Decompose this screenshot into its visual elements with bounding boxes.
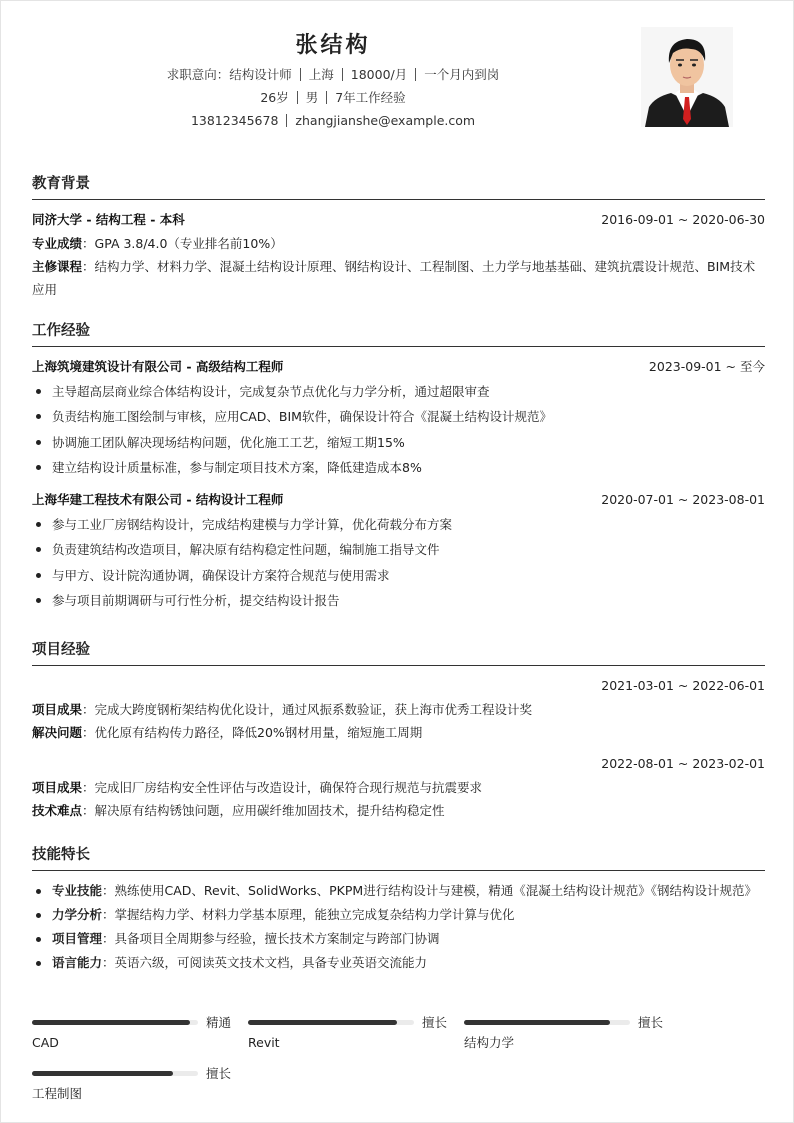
skill-bar-track xyxy=(464,1020,630,1025)
experience-years: 7年工作经验 xyxy=(335,90,405,105)
job-header: 上海华建工程技术有限公司 - 结构设计工程师 2020-07-01 ~ 2023… xyxy=(32,488,765,512)
project-line-value: ：完成大跨度钢桁架结构优化设计，通过风振系数验证，获上海市优秀工程设计奖 xyxy=(82,702,532,717)
availability: 一个月内到岗 xyxy=(424,67,499,82)
job-header: 上海筑境建筑设计有限公司 - 高级结构工程师 2023-09-01 ~ 至今 xyxy=(32,355,765,379)
school-major-degree: 同济大学 - 结构工程 - 本科 xyxy=(32,208,185,232)
education-entry-header: 同济大学 - 结构工程 - 本科 2016-09-01 ~ 2020-06-30 xyxy=(32,208,765,232)
job-entry: 上海筑境建筑设计有限公司 - 高级结构工程师 2023-09-01 ~ 至今 主… xyxy=(32,355,765,480)
company-position: 上海筑境建筑设计有限公司 - 高级结构工程师 xyxy=(32,355,283,379)
duty-item: 负责建筑结构改造项目，解决原有结构稳定性问题，编制施工指导文件 xyxy=(32,537,765,562)
skill-level: 擅长 xyxy=(206,1064,231,1084)
duty-item: 参与工业厂房钢结构设计，完成结构建模与力学计算，优化荷载分布方案 xyxy=(32,512,765,537)
skills-section: 技能特长 专业技能：熟练使用CAD、Revit、SolidWorks、PKPM进… xyxy=(32,844,765,975)
section-title: 技能特长 xyxy=(32,844,765,871)
courses-label: 主修课程 xyxy=(32,259,82,274)
avatar-portrait-icon xyxy=(641,27,733,127)
job-duties: 主导超高层商业综合体结构设计，完成复杂节点优化与力学分析，通过超限审查 负责结构… xyxy=(32,379,765,480)
project-header: 2021-03-01 ~ 2022-06-01 xyxy=(32,674,765,698)
project-entry: 2022-08-01 ~ 2023-02-01 项目成果：完成旧厂房结构安全性评… xyxy=(32,752,765,822)
skill-item: 专业技能：熟练使用CAD、Revit、SolidWorks、PKPM进行结构设计… xyxy=(32,879,765,903)
skill-label: 语言能力 xyxy=(52,955,102,970)
project-line-value: ：完成旧厂房结构安全性评估与改造设计，确保符合现行规范与抗震要求 xyxy=(82,780,482,795)
resume-page: 张结构 求职意向：结构设计师上海18000/月一个月内到岗 26岁男7年工作经验… xyxy=(1,1,794,1123)
job-date: 2020-07-01 ~ 2023-08-01 xyxy=(601,488,765,512)
job-intent-line: 求职意向：结构设计师上海18000/月一个月内到岗 xyxy=(1,63,665,86)
project-header: 2022-08-01 ~ 2023-02-01 xyxy=(32,752,765,776)
duty-item: 主导超高层商业综合体结构设计，完成复杂节点优化与力学分析，通过超限审查 xyxy=(32,379,765,404)
separator xyxy=(297,91,298,104)
project-date: 2021-03-01 ~ 2022-06-01 xyxy=(601,674,765,698)
project-line-label: 项目成果 xyxy=(32,780,82,795)
skill-bar-track xyxy=(32,1071,198,1076)
skill-label: 力学分析 xyxy=(52,907,102,922)
salary: 18000/月 xyxy=(351,67,407,82)
courses-line: 主修课程：结构力学、材料力学、混凝土结构设计原理、钢结构设计、工程制图、土力学与… xyxy=(32,255,765,301)
skill-value: ：熟练使用CAD、Revit、SolidWorks、PKPM进行结构设计与建模，… xyxy=(102,883,757,898)
job-duties: 参与工业厂房钢结构设计，完成结构建模与力学计算，优化荷载分布方案 负责建筑结构改… xyxy=(32,512,765,613)
project-line: 技术难点：解决原有结构锈蚀问题，应用碳纤维加固技术，提升结构稳定性 xyxy=(32,799,765,822)
skill-value: ：掌握结构力学、材料力学基本原理，能独立完成复杂结构力学计算与优化 xyxy=(102,907,515,922)
skill-level: 精通 xyxy=(206,1013,231,1033)
skill-bar-track xyxy=(32,1020,198,1025)
skill-value: ：英语六级，可阅读英文技术文档，具备专业英语交流能力 xyxy=(102,955,427,970)
duty-item: 负责结构施工图绘制与审核，应用CAD、BIM软件，确保设计符合《混凝土结构设计规… xyxy=(32,404,765,429)
skill-bar-revit: 擅长 Revit xyxy=(248,1013,464,1063)
skill-level: 擅长 xyxy=(638,1013,663,1033)
skill-bar-engineering-drawing: 擅长 工程制图 xyxy=(32,1064,248,1114)
skill-item: 项目管理：具备项目全周期参与经验，擅长技术方案制定与跨部门协调 xyxy=(32,927,765,951)
projects-section: 项目经验 2021-03-01 ~ 2022-06-01 项目成果：完成大跨度钢… xyxy=(32,639,765,822)
skills-list: 专业技能：熟练使用CAD、Revit、SolidWorks、PKPM进行结构设计… xyxy=(32,879,765,975)
education-date: 2016-09-01 ~ 2020-06-30 xyxy=(601,208,765,232)
duty-item: 与甲方、设计院沟通协调，确保设计方案符合规范与使用需求 xyxy=(32,563,765,588)
section-title: 工作经验 xyxy=(32,320,765,347)
project-line-value: ：优化原有结构传力路径，降低20%钢材用量，缩短施工周期 xyxy=(82,725,422,740)
separator xyxy=(286,114,287,127)
project-line: 解决问题：优化原有结构传力路径，降低20%钢材用量，缩短施工周期 xyxy=(32,721,765,744)
skill-bar-fill xyxy=(248,1020,397,1025)
separator xyxy=(326,91,327,104)
company-position: 上海华建工程技术有限公司 - 结构设计工程师 xyxy=(32,488,283,512)
skill-bar-fill xyxy=(464,1020,610,1025)
skill-bar-fill xyxy=(32,1020,190,1025)
separator xyxy=(342,68,343,81)
skill-item: 语言能力：英语六级，可阅读英文技术文档，具备专业英语交流能力 xyxy=(32,951,765,975)
skill-bar-structural-mechanics: 擅长 结构力学 xyxy=(464,1013,680,1063)
duty-item: 参与项目前期调研与可行性分析，提交结构设计报告 xyxy=(32,588,765,613)
education-section: 教育背景 同济大学 - 结构工程 - 本科 2016-09-01 ~ 2020-… xyxy=(32,173,765,301)
skill-bar-cad: 精通 CAD xyxy=(32,1013,248,1063)
project-line-label: 项目成果 xyxy=(32,702,82,717)
project-line: 项目成果：完成旧厂房结构安全性评估与改造设计，确保符合现行规范与抗震要求 xyxy=(32,776,765,799)
section-title: 项目经验 xyxy=(32,639,765,666)
skill-value: ：具备项目全周期参与经验，擅长技术方案制定与跨部门协调 xyxy=(102,931,440,946)
separator xyxy=(300,68,301,81)
project-line-label: 解决问题 xyxy=(32,725,82,740)
location: 上海 xyxy=(309,67,334,82)
skill-name: Revit xyxy=(248,1033,280,1053)
skill-bar-fill xyxy=(32,1071,173,1076)
project-entry: 2021-03-01 ~ 2022-06-01 项目成果：完成大跨度钢桁架结构优… xyxy=(32,674,765,744)
gpa-value: ：GPA 3.8/4.0（专业排名前10%） xyxy=(82,236,283,251)
basic-info-line: 26岁男7年工作经验 xyxy=(1,86,665,109)
job-intent: 求职意向：结构设计师 xyxy=(167,67,292,82)
project-line: 项目成果：完成大跨度钢桁架结构优化设计，通过风振系数验证，获上海市优秀工程设计奖 xyxy=(32,698,765,721)
project-date: 2022-08-01 ~ 2023-02-01 xyxy=(601,752,765,776)
section-title: 教育背景 xyxy=(32,173,765,200)
skill-name: 工程制图 xyxy=(32,1084,82,1104)
duty-item: 协调施工团队解决现场结构问题，优化施工工艺，缩短工期15% xyxy=(32,430,765,455)
contact-line: 13812345678zhangjianshe@example.com xyxy=(1,109,665,132)
candidate-name: 张结构 xyxy=(1,29,665,63)
resume-header: 张结构 求职意向：结构设计师上海18000/月一个月内到岗 26岁男7年工作经验… xyxy=(1,29,665,132)
phone: 13812345678 xyxy=(191,113,278,128)
email: zhangjianshe@example.com xyxy=(295,113,475,128)
skill-item: 力学分析：掌握结构力学、材料力学基本原理，能独立完成复杂结构力学计算与优化 xyxy=(32,903,765,927)
avatar xyxy=(641,27,733,127)
skill-name: 结构力学 xyxy=(464,1033,514,1053)
job-date: 2023-09-01 ~ 至今 xyxy=(649,355,765,379)
skill-level: 擅长 xyxy=(422,1013,447,1033)
gpa-line: 专业成绩：GPA 3.8/4.0（专业排名前10%） xyxy=(32,232,765,255)
separator xyxy=(415,68,416,81)
skill-name: CAD xyxy=(32,1033,59,1053)
duty-item: 建立结构设计质量标准，参与制定项目技术方案，降低建造成本8% xyxy=(32,455,765,480)
skill-label: 项目管理 xyxy=(52,931,102,946)
skill-label: 专业技能 xyxy=(52,883,102,898)
courses-value: ：结构力学、材料力学、混凝土结构设计原理、钢结构设计、工程制图、土力学与地基基础… xyxy=(32,259,755,297)
job-entry: 上海华建工程技术有限公司 - 结构设计工程师 2020-07-01 ~ 2023… xyxy=(32,488,765,613)
work-section: 工作经验 上海筑境建筑设计有限公司 - 高级结构工程师 2023-09-01 ~… xyxy=(32,320,765,613)
gender: 男 xyxy=(306,90,319,105)
age: 26岁 xyxy=(260,90,288,105)
gpa-label: 专业成绩 xyxy=(32,236,82,251)
skill-bar-track xyxy=(248,1020,414,1025)
project-line-value: ：解决原有结构锈蚀问题，应用碳纤维加固技术，提升结构稳定性 xyxy=(82,803,445,818)
project-line-label: 技术难点 xyxy=(32,803,82,818)
